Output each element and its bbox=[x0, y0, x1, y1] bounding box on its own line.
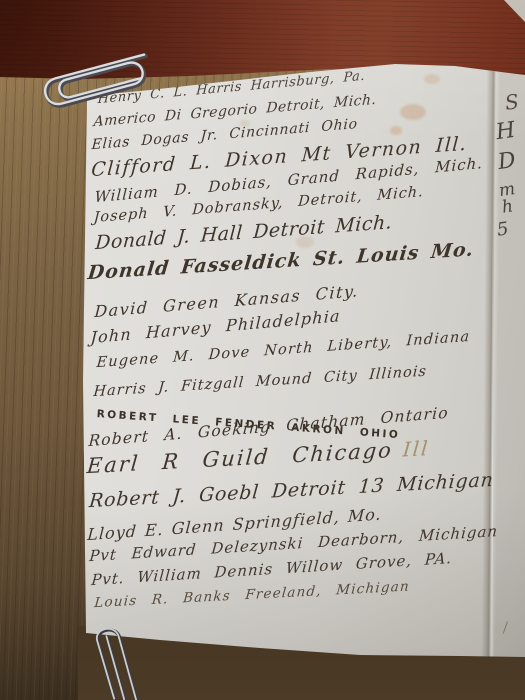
signature-line-16: Robert J. Goebl Detroit 13 Michigan bbox=[88, 470, 494, 512]
page-fragment: H bbox=[494, 118, 516, 145]
handwriting-layer: Henry C. L. Harris Harrisburg, Pa. Ameri… bbox=[88, 86, 525, 651]
photo-scene: Henry C. L. Harris Harrisburg, Pa. Ameri… bbox=[0, 0, 525, 700]
signature-line-15-faded-suffix: Ill bbox=[402, 436, 431, 462]
signature-line-12: Harris J. Fitzgall Mound City Illinois bbox=[93, 365, 428, 401]
paper-stain bbox=[424, 74, 440, 84]
page-fragment: D bbox=[496, 148, 517, 175]
paperclip-bottom bbox=[84, 626, 158, 700]
